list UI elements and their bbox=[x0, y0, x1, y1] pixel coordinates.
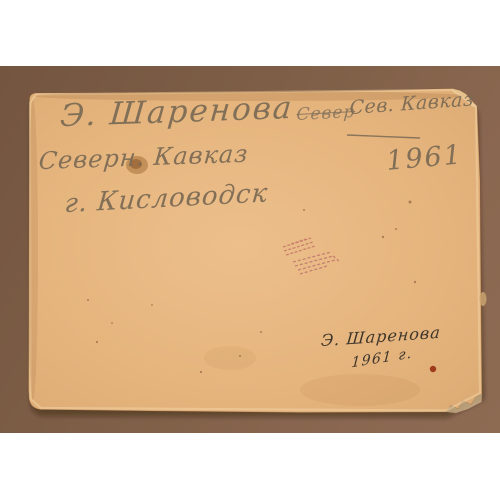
brown-stain-core bbox=[130, 159, 142, 169]
top-edge-aging-stain bbox=[35, 91, 465, 101]
left-edge-aging-stain bbox=[28, 100, 38, 400]
red-paint-dot bbox=[430, 366, 436, 372]
faint-stain-center bbox=[204, 346, 256, 370]
card-artwork bbox=[0, 0, 500, 500]
faint-stain-bottom bbox=[300, 374, 420, 406]
photo-of-card-back: Э. Шаренова Северн. Кавказ г. Кисловодск… bbox=[0, 0, 500, 500]
paper-fleck-right-edge bbox=[480, 292, 487, 306]
